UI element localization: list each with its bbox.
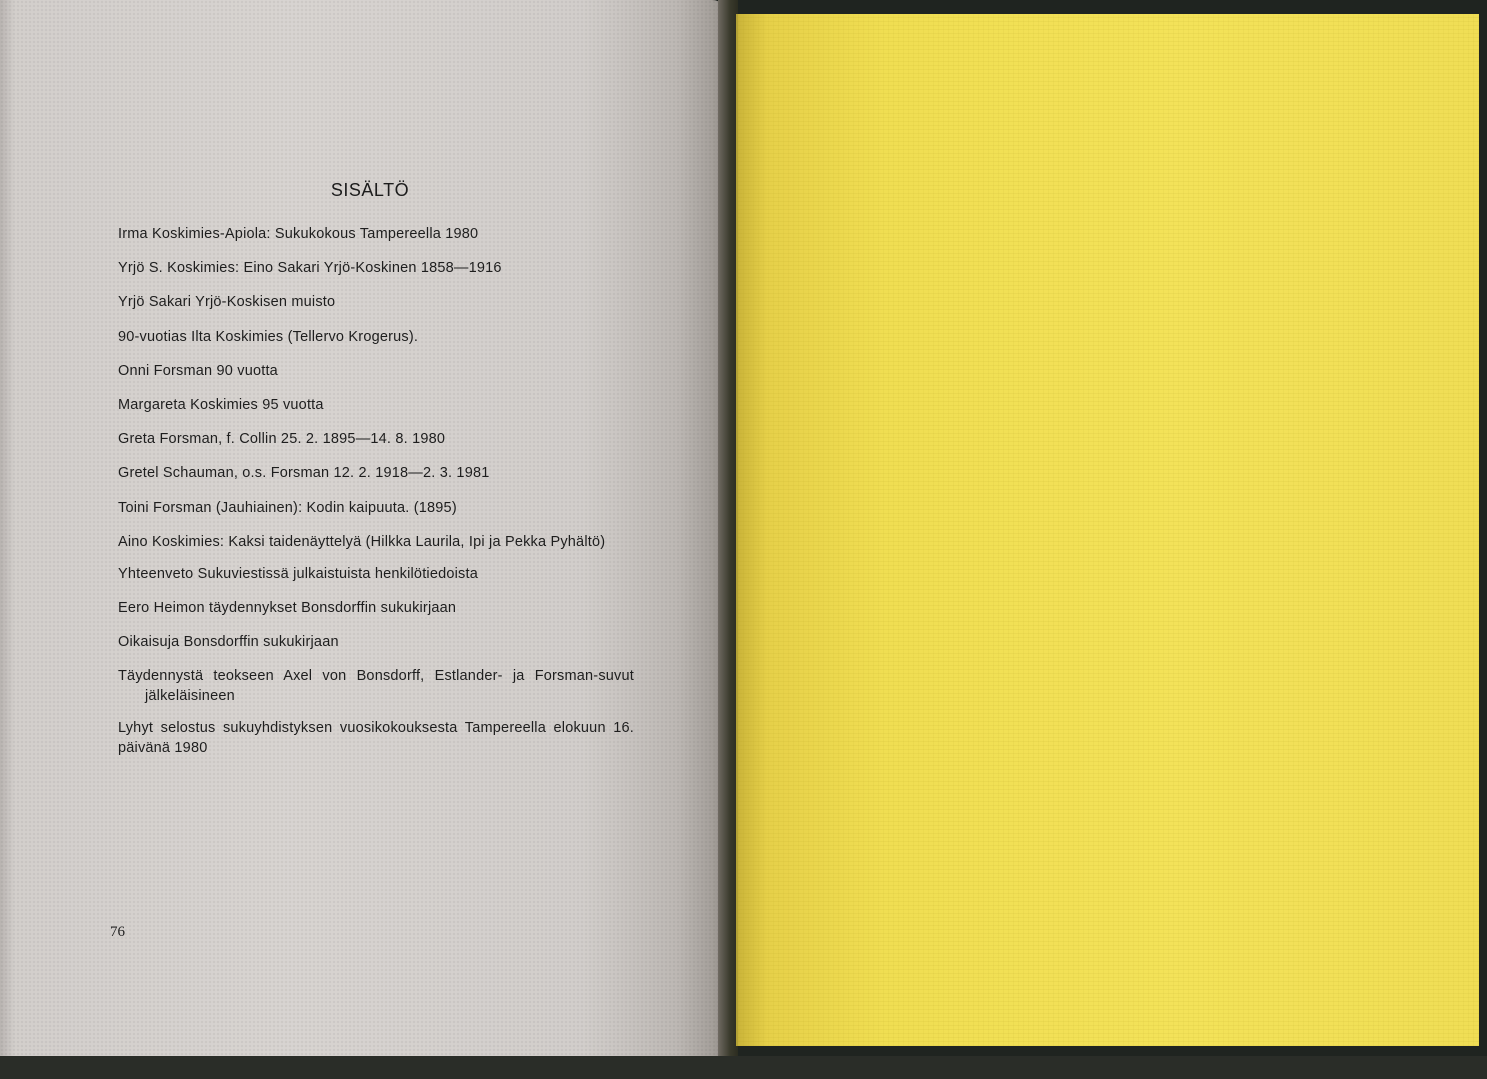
toc-entry: Lyhyt selostus sukuyhdistyksen vuosikoko… bbox=[118, 718, 634, 758]
scan-bottom-edge bbox=[0, 1056, 1487, 1079]
toc-entry: Yrjö S. Koskimies: Eino Sakari Yrjö-Kosk… bbox=[118, 258, 634, 278]
toc-entry: Täydennystä teokseen Axel von Bonsdorff,… bbox=[118, 666, 634, 706]
toc-title: SISÄLTÖ bbox=[0, 180, 740, 201]
toc-entry: Aino Koskimies: Kaksi taidenäyttelyä (Hi… bbox=[118, 532, 634, 552]
toc-entry: Gretel Schauman, o.s. Forsman 12. 2. 191… bbox=[118, 463, 634, 483]
scanned-spread: SISÄLTÖ Irma Koskimies-Apiola: Sukukokou… bbox=[0, 0, 1487, 1079]
toc-entry: 90-vuotias Ilta Koskimies (Tellervo Krog… bbox=[118, 327, 634, 347]
toc-entry: Greta Forsman, f. Collin 25. 2. 1895—14.… bbox=[118, 429, 634, 449]
page-number: 76 bbox=[110, 924, 125, 941]
toc-entry: Irma Koskimies-Apiola: Sukukokous Tamper… bbox=[118, 224, 634, 244]
toc-entry: Yrjö Sakari Yrjö-Koskisen muisto bbox=[118, 292, 634, 312]
table-of-contents: Irma Koskimies-Apiola: Sukukokous Tamper… bbox=[118, 224, 634, 770]
toc-entry: Onni Forsman 90 vuotta bbox=[118, 361, 634, 381]
toc-entry: Eero Heimon täydennykset Bonsdorffin suk… bbox=[118, 598, 634, 618]
toc-entry: Margareta Koskimies 95 vuotta bbox=[118, 395, 634, 415]
toc-entry: Oikaisuja Bonsdorffin sukukirjaan bbox=[118, 632, 634, 652]
toc-entry: Toini Forsman (Jauhiainen): Kodin kaipuu… bbox=[118, 498, 634, 518]
right-page-yellow-cover bbox=[736, 14, 1479, 1046]
toc-entry: Yhteenveto Sukuviestissä julkaistuista h… bbox=[118, 564, 634, 584]
book-gutter bbox=[718, 0, 738, 1060]
